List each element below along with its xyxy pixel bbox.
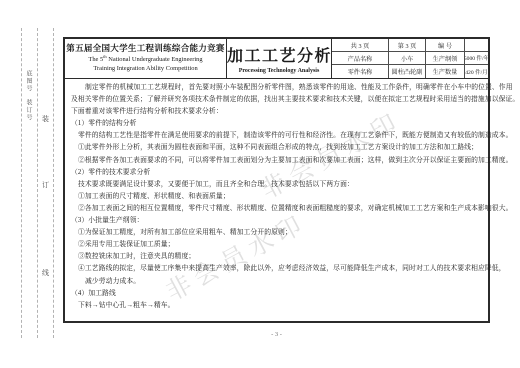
product-name-label: 产品名称 <box>332 52 389 65</box>
competition-title-block: 第五届全国大学生工程训练综合能力竞赛 The 5th National Unde… <box>65 39 227 78</box>
body-line: ④工艺路线的拟定，尽量使工序集中来提高生产效率，除此以外，应考虑经济效益，尽可能… <box>71 263 482 275</box>
body-line: ①为保证加工精度，对所有加工部位应采用粗车、精加工分开的原则； <box>71 227 482 239</box>
body-line: ②各加工表面之间的相互位置精度，零件尺寸精度、形状精度、位置精度和表面粗糙度的要… <box>71 203 482 215</box>
binding-line-char: 订 <box>42 180 49 190</box>
scanned-document-page: { "header": { "competition_cn": "第五届全国大学… <box>0 0 520 368</box>
footer-page-number: - 3 - <box>63 331 490 338</box>
binding-line-char: 装 <box>42 114 49 124</box>
production-program-value: 5000 件/年 <box>465 52 488 65</box>
body-text: 制定零件的机械加工工艺规程时，首先要对照小车装配图分析零件图，熟悉该零件的用途、… <box>65 79 488 312</box>
body-line: 下面着重对该零件进行结构分析和技术要求分析： <box>71 106 482 118</box>
header-info-grid: 共 3 页 第 3 页 编 号 产品名称 小车 生产纲领 5000 件/年 零件… <box>332 39 488 78</box>
page-title: 加工工艺分析 <box>227 43 331 66</box>
margin-dash-line <box>53 28 54 338</box>
product-name-value: 小车 <box>389 52 426 65</box>
document-title-block: 加工工艺分析 Processing Technology Analysis <box>227 39 332 78</box>
number-value-cell <box>465 39 488 52</box>
number-label-cell: 编 号 <box>426 39 465 52</box>
body-line: 及相关零件的位置关系；了解并研究各项技术条件制定的依据，找出其主要技术要求和技术… <box>71 94 482 106</box>
production-quantity-label: 生产数量 <box>426 65 465 78</box>
competition-name-en-line1: The 5th National Undergraduate Engineeri… <box>65 54 226 64</box>
body-line: 制定零件的机械加工工艺规程时，首先要对照小车装配图分析零件图，熟悉该零件的用途、… <box>71 82 482 94</box>
competition-en-pre: The 5 <box>88 56 103 63</box>
binding-line-char: 线 <box>42 268 49 278</box>
body-line: 下料→钻中心孔→粗车→精车。 <box>71 300 482 312</box>
body-line: 技术要求既要满足设计要求，又要便于加工，而且齐全和合理。技术要求包括以下两方面： <box>71 179 482 191</box>
part-name-label: 零件名称 <box>332 65 389 78</box>
competition-en-post: National Undergraduate Engineering <box>107 56 203 63</box>
body-line: （2）零件的技术要求分析 <box>71 167 482 179</box>
body-line: （4）加工路线 <box>71 288 482 300</box>
production-quantity-value: 420 件/月 <box>465 65 488 78</box>
current-page-cell: 第 3 页 <box>389 39 426 52</box>
competition-name-cn: 第五届全国大学生工程训练综合能力竞赛 <box>65 42 226 54</box>
margin-dash-line <box>37 28 38 338</box>
margin-dash-line <box>21 28 22 338</box>
body-line: 零件的结构工艺性是指零件在满足使用要求的前提下，制造该零件的可行性和经济性。在现… <box>71 130 482 142</box>
body-line: ①加工表面的尺寸精度、形状精度、和表面质量； <box>71 191 482 203</box>
competition-name-en-line2: Training Integration Ability Competition <box>65 64 226 73</box>
body-line: （3）小批量生产纲领： <box>71 215 482 227</box>
body-line: ②根据零件各加工表面要求的不同，可以将零件加工表面划分为主要加工表面和次要加工表… <box>71 155 482 167</box>
sheet-header: 第五届全国大学生工程训练综合能力竞赛 The 5th National Unde… <box>65 39 488 79</box>
production-program-label: 生产纲领 <box>426 52 465 65</box>
body-line: 减少劳动力成本。 <box>71 276 482 288</box>
page-title-en: Processing Technology Analysis <box>227 68 331 74</box>
body-line: ①此零件外形上分析，其表面为圆柱表面和平面，这种不同表面组合形成的特点，找到按加… <box>71 142 482 154</box>
part-name-value: 圆柱凸轮副 <box>389 65 426 78</box>
process-sheet-frame: 第五届全国大学生工程训练综合能力竞赛 The 5th National Unde… <box>63 37 490 323</box>
total-pages-cell: 共 3 页 <box>332 39 389 52</box>
body-line: ③数控铣床加工时，注意夹具的精度； <box>71 251 482 263</box>
body-line: ②采用专用工装保证加工质量； <box>71 239 482 251</box>
body-line: （1）零件的结构分析 <box>71 118 482 130</box>
margin-stamp-label: 装订号 <box>24 99 33 122</box>
margin-stamp-label: 底图号 <box>24 70 33 93</box>
